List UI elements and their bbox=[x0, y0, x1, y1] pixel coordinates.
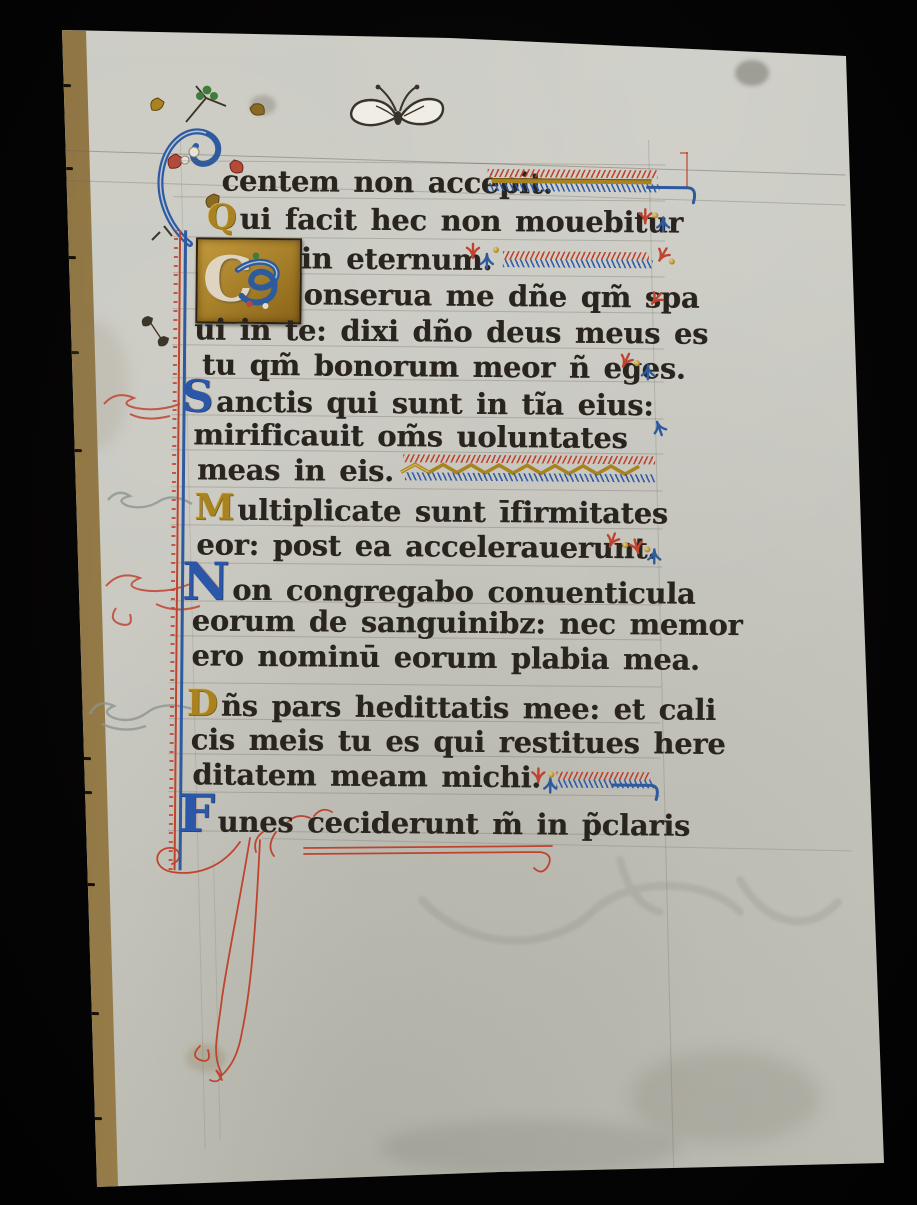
gold-dot bbox=[652, 212, 658, 218]
gold-initial: Q bbox=[207, 201, 237, 235]
gold-dot bbox=[669, 259, 675, 265]
line-filler-red bbox=[488, 169, 658, 178]
line-text: ditatem meam michi. bbox=[192, 757, 541, 794]
blue-initial: S bbox=[182, 380, 214, 414]
line-text: mirificauit om̃s uoluntates bbox=[193, 417, 627, 455]
sewing-notch bbox=[65, 449, 82, 452]
blue-initial: F bbox=[178, 797, 215, 831]
gold-dot bbox=[622, 542, 628, 548]
blue-initial: N bbox=[182, 565, 230, 599]
sewing-notch bbox=[85, 1117, 102, 1120]
manuscript-line: ui in te: dixi dño deus meus es bbox=[194, 312, 708, 350]
line-text: anctis qui sunt in tĩa eius: bbox=[216, 385, 654, 423]
manuscript-line: eor: post ea accelerauerunt. bbox=[196, 527, 657, 565]
line-text: ui facit hec non mouebitur bbox=[239, 202, 683, 240]
sewing-notch bbox=[56, 167, 73, 170]
line-text: in eternum. bbox=[301, 241, 493, 277]
fleuron-icon bbox=[637, 208, 653, 224]
line-text: ñs pars hedittatis mee: et cali bbox=[221, 689, 716, 727]
manuscript-line: Dñs pars hedittatis mee: et cali bbox=[187, 686, 716, 725]
line-filler-blue bbox=[487, 183, 659, 193]
manuscript-leaf: C centem non accepit. Qui facit hec non … bbox=[0, 0, 917, 1205]
manuscript-line: eorum de sanguinibz: nec memor bbox=[192, 603, 743, 642]
fleuron-icon bbox=[649, 418, 669, 438]
sewing-notch bbox=[78, 883, 95, 886]
manuscript-line: Qui facit hec non mouebitur bbox=[207, 201, 683, 239]
line-filler-blue bbox=[405, 472, 655, 482]
sewing-notch bbox=[59, 256, 76, 259]
manuscript-line: onserua me dñe qm̃ spa bbox=[303, 277, 699, 314]
line-text: meas in eis. bbox=[197, 452, 394, 488]
sewing-notch bbox=[54, 84, 71, 87]
manuscript-line: mirificauit om̃s uoluntates bbox=[193, 417, 627, 455]
line-text: onserua me dñe qm̃ spa bbox=[303, 277, 699, 314]
gold-initial: D bbox=[187, 686, 218, 720]
line-text: eorum de sanguinibz: nec memor bbox=[192, 603, 743, 642]
line-text: tu qm̃ bonorum meor ñ eges. bbox=[202, 347, 686, 385]
manuscript-line: Sanctis qui sunt in tĩa eius: bbox=[182, 380, 654, 418]
manuscript-line: Multiplicate sunt īfirmitates bbox=[195, 490, 668, 528]
stain bbox=[58, 320, 128, 450]
sewing-notch bbox=[74, 757, 91, 760]
sewing-notch bbox=[75, 791, 92, 794]
manuscript-line: ditatem meam michi. bbox=[192, 757, 541, 794]
filler-hook-icon bbox=[612, 782, 664, 804]
fleuron-icon bbox=[479, 253, 495, 269]
manuscript-line: Non congregabo conuenticula bbox=[182, 565, 696, 603]
line-text: ui in te: dixi dño deus meus es bbox=[194, 312, 708, 350]
gold-dot bbox=[548, 772, 554, 778]
manuscript-line: ero nominū eorum plabia mea. bbox=[191, 638, 700, 676]
photograph: C centem non accepit. Qui facit hec non … bbox=[0, 0, 917, 1205]
stain bbox=[735, 60, 769, 86]
text-block: C centem non accepit. Qui facit hec non … bbox=[143, 130, 750, 915]
manuscript-line: cis meis tu es qui restitues here bbox=[191, 722, 726, 761]
manuscript-line: tu qm̃ bonorum meor ñ eges. bbox=[202, 347, 686, 385]
line-text: ero nominū eorum plabia mea. bbox=[191, 638, 700, 676]
stain bbox=[380, 1120, 680, 1175]
line-text: unes ceciderunt m̃ in p̃claris bbox=[217, 805, 690, 843]
line-text: eor: post ea accelerauerunt. bbox=[196, 527, 657, 565]
manuscript-line: in eternum. bbox=[301, 241, 493, 277]
sewing-notch bbox=[82, 1012, 99, 1015]
initial-knot-icon bbox=[225, 248, 296, 315]
illuminated-initial-panel: C bbox=[195, 237, 302, 324]
manuscript-line: meas in eis. bbox=[197, 452, 394, 488]
fleuron-icon bbox=[646, 548, 662, 564]
line-text: cis meis tu es qui restitues here bbox=[191, 722, 726, 761]
filler-hook-icon bbox=[647, 184, 701, 206]
gold-dot bbox=[493, 247, 499, 253]
border-bar-ornament bbox=[172, 230, 192, 870]
gold-initial: M bbox=[195, 490, 235, 524]
fleuron-icon bbox=[655, 216, 671, 232]
line-text: ultiplicate sunt īfirmitates bbox=[237, 493, 668, 531]
fleuron-icon bbox=[640, 364, 656, 380]
line-filler-blue bbox=[503, 259, 653, 268]
